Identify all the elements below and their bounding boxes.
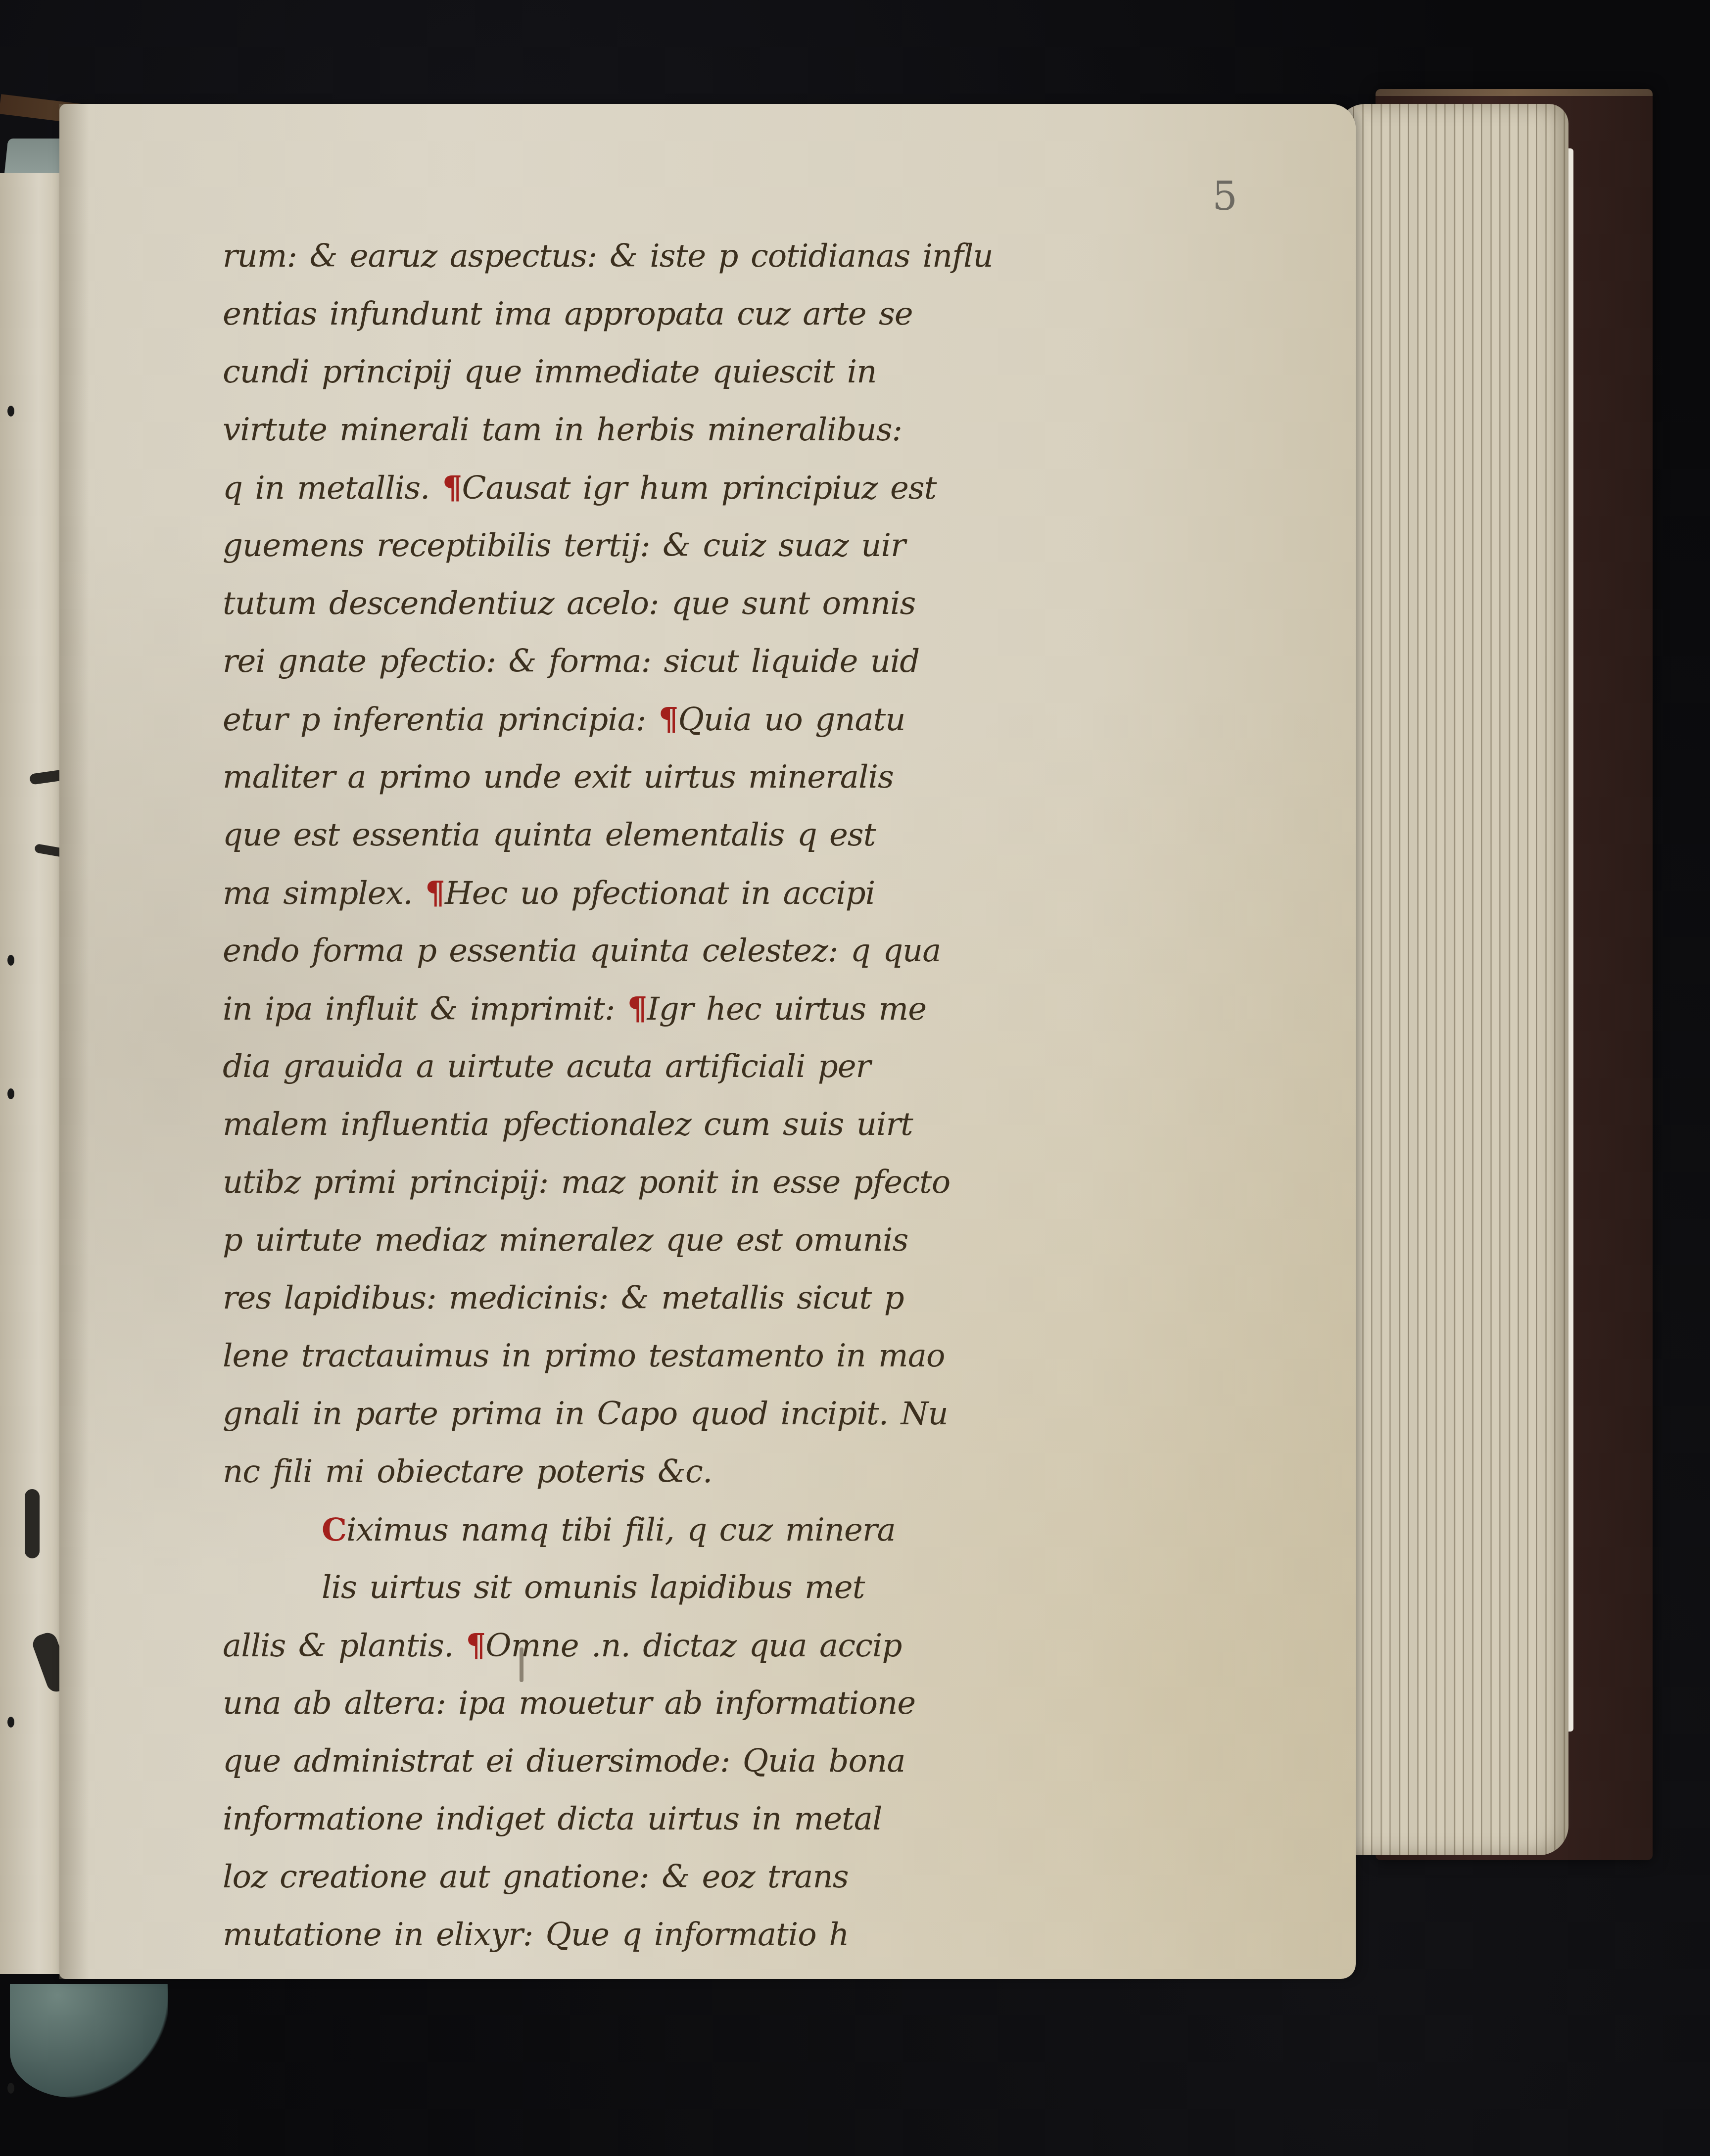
line-text: Hec uo pfectionat in accipi [445, 875, 875, 912]
text-line: dia grauida a uirtute acuta artificiali … [223, 1038, 1148, 1096]
line-text: rei gnate pfectio: & forma: sicut liquid… [223, 643, 919, 680]
text-line: gnali in parte prima in Capo quod incipi… [223, 1385, 1148, 1443]
line-text: iximus namq tibi fili, q cuz minera [346, 1512, 896, 1548]
line-text: mutatione in elixyr: Que q informatio h [223, 1917, 849, 1953]
line-text: lis uirtus sit omunis lapidibus met [322, 1569, 864, 1606]
line-text: etur p inferentia principia: [223, 702, 659, 738]
text-line: p uirtute mediaz mineralez que est omuni… [223, 1212, 1148, 1269]
text-line: tutum descendentiuz acelo: que sunt omni… [223, 575, 1148, 633]
text-line: loz creatione aut gnatione: & eoz trans [223, 1848, 1148, 1906]
line-text: endo forma p essentia quinta celestez: q… [223, 933, 941, 969]
line-text: dia grauida a uirtute acuta artificiali … [223, 1048, 870, 1085]
pilcrow-rubric: ¶ [425, 875, 445, 912]
line-text: Causat igr hum principiuz est [462, 470, 936, 507]
text-line: maliter a primo unde exit uirtus mineral… [223, 749, 1148, 806]
line-text: entias infundunt ima appropata cuz arte … [223, 296, 913, 332]
pilcrow-rubric: ¶ [466, 1627, 486, 1664]
line-text: Quia uo gnatu [678, 702, 905, 738]
text-line: que administrat ei diuersimode: Quia bon… [223, 1733, 1148, 1790]
binding-hole [7, 1717, 14, 1728]
line-text: Igr hec uirtus me [647, 991, 926, 1028]
manuscript-page: 5 rum: & earuz aspectus: & iste p cotidi… [59, 104, 1356, 1979]
line-text: que administrat ei diuersimode: Quia bon… [223, 1743, 905, 1780]
left-page [0, 173, 66, 1974]
text-line: entias infundunt ima appropata cuz arte … [223, 285, 1148, 343]
binding-hole [7, 955, 14, 966]
text-line: q in metallis. ¶Causat igr hum principiu… [223, 459, 1148, 517]
line-text: cundi principij que immediate quiescit i… [223, 354, 876, 390]
binding-hole [7, 2083, 14, 2094]
wormhole [25, 1489, 40, 1558]
gutter-shadow [59, 104, 89, 1979]
folio-number: 5 [1212, 173, 1237, 219]
line-text: in ipa influit & imprimit: [223, 991, 627, 1028]
line-text: virtute minerali tam in herbis mineralib… [223, 412, 902, 448]
text-line: lene tractauimus in primo testamento in … [223, 1327, 1148, 1385]
ink-mark [520, 1647, 523, 1682]
binding-hole [7, 406, 14, 417]
text-line: ma simplex. ¶Hec uo pfectionat in accipi [223, 864, 1148, 922]
line-text: tutum descendentiuz acelo: que sunt omni… [223, 585, 915, 622]
line-text: rum: & earuz aspectus: & iste p cotidian… [223, 238, 993, 275]
line-text: nc fili mi obiectare poteris &c. [223, 1453, 712, 1490]
text-line: rum: & earuz aspectus: & iste p cotidian… [223, 228, 1148, 285]
text-line: virtute minerali tam in herbis mineralib… [223, 401, 1148, 459]
text-line: Ciximus namq tibi fili, q cuz minera [223, 1501, 1148, 1559]
line-text: lene tractauimus in primo testamento in … [223, 1338, 945, 1374]
text-line: in ipa influit & imprimit: ¶Igr hec uirt… [223, 980, 1148, 1038]
line-text: p uirtute mediaz mineralez que est omuni… [223, 1222, 908, 1259]
text-line: nc fili mi obiectare poteris &c. [223, 1443, 1148, 1501]
text-line: rei gnate pfectio: & forma: sicut liquid… [223, 633, 1148, 691]
text-line: guemens receptibilis tertij: & cuiz suaz… [223, 517, 1148, 575]
line-text: ma simplex. [223, 875, 425, 912]
line-text: informatione indiget dicta uirtus in met… [223, 1801, 882, 1837]
line-text: maliter a primo unde exit uirtus mineral… [223, 759, 894, 796]
line-text: una ab altera: ipa mouetur ab informatio… [223, 1685, 915, 1722]
text-line: mutatione in elixyr: Que q informatio h [223, 1906, 1148, 1964]
line-text: guemens receptibilis tertij: & cuiz suaz… [223, 527, 905, 564]
pilcrow-rubric: ¶ [659, 701, 678, 738]
pilcrow-rubric: ¶ [627, 990, 647, 1028]
text-line: cundi principij que immediate quiescit i… [223, 343, 1148, 401]
line-text: malem influentia pfectionalez cum suis u… [223, 1106, 913, 1143]
line-text: utibz primi principij: maz ponit in esse… [223, 1164, 950, 1201]
line-text: allis & plantis. [223, 1628, 466, 1664]
page-stack-fore-edge [1336, 104, 1568, 1855]
line-text: res lapidibus: medicinis: & metallis sic… [223, 1280, 904, 1316]
line-text: loz creatione aut gnatione: & eoz trans [223, 1859, 849, 1895]
line-text: q in metallis. [223, 470, 442, 507]
text-line: res lapidibus: medicinis: & metallis sic… [223, 1269, 1148, 1327]
text-line: allis & plantis. ¶Omne .n. dictaz qua ac… [223, 1617, 1148, 1675]
text-line: lis uirtus sit omunis lapidibus met [223, 1559, 1148, 1617]
rubricated-initial: C [322, 1511, 346, 1548]
text-line: endo forma p essentia quinta celestez: q… [223, 922, 1148, 980]
line-text: gnali in parte prima in Capo quod incipi… [223, 1396, 948, 1432]
pilcrow-rubric: ¶ [442, 469, 462, 507]
text-line: que est essentia quinta elementalis q es… [223, 806, 1148, 864]
binding-hole [7, 1088, 14, 1099]
text-line: etur p inferentia principia: ¶Quia uo gn… [223, 691, 1148, 749]
text-line: informatione indiget dicta uirtus in met… [223, 1790, 1148, 1848]
text-line: utibz primi principij: maz ponit in esse… [223, 1154, 1148, 1212]
text-line: una ab altera: ipa mouetur ab informatio… [223, 1675, 1148, 1733]
text-line: malem influentia pfectionalez cum suis u… [223, 1096, 1148, 1154]
line-text: Omne .n. dictaz qua accip [485, 1628, 902, 1664]
line-text: que est essentia quinta elementalis q es… [223, 817, 875, 853]
text-block: rum: & earuz aspectus: & iste p cotidian… [223, 228, 1148, 1964]
